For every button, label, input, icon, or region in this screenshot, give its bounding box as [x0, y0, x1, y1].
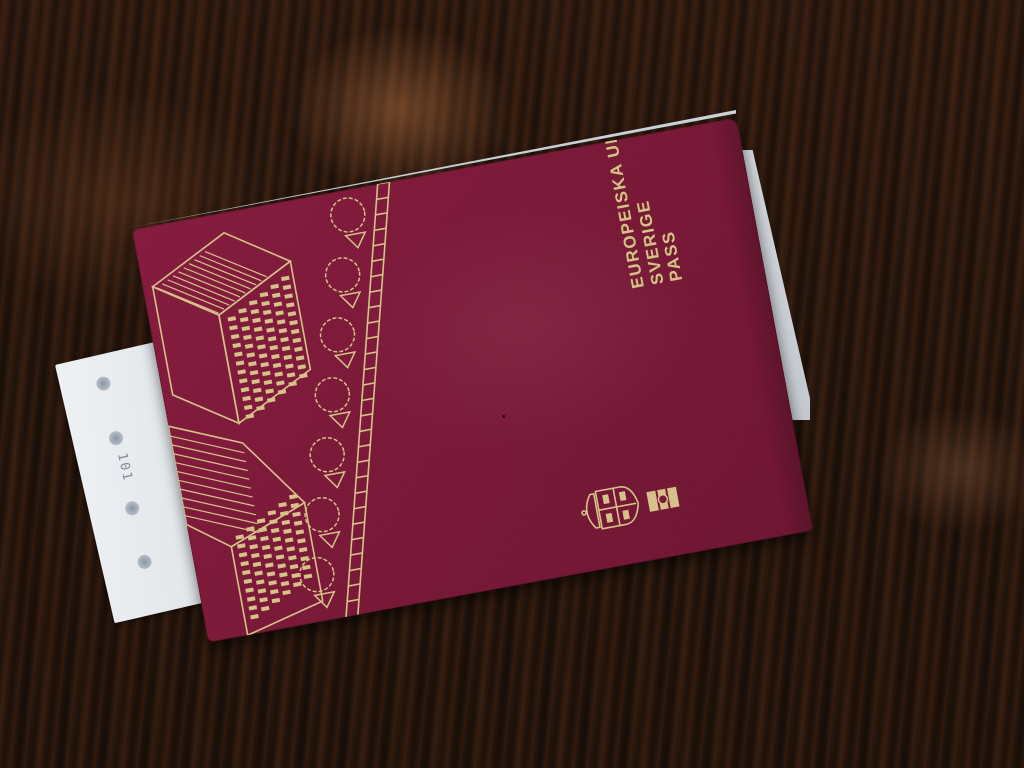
spine-shadow — [707, 117, 813, 535]
stub-hole — [108, 430, 125, 447]
photo-scene: 101 — [0, 0, 1024, 768]
stub-hole — [95, 375, 112, 392]
stub-hole — [136, 553, 153, 570]
stub-hole — [124, 500, 141, 517]
stub-mark: 101 — [114, 451, 135, 483]
passport: EUROPEISKA UNIONEN SVERIGE PASS — [132, 117, 813, 642]
coat-of-arms-icon — [574, 476, 645, 540]
cover-speck — [502, 415, 505, 418]
cover-text: EUROPEISKA UNIONEN SVERIGE PASS — [589, 117, 687, 289]
biometric-chip-icon — [645, 486, 680, 513]
